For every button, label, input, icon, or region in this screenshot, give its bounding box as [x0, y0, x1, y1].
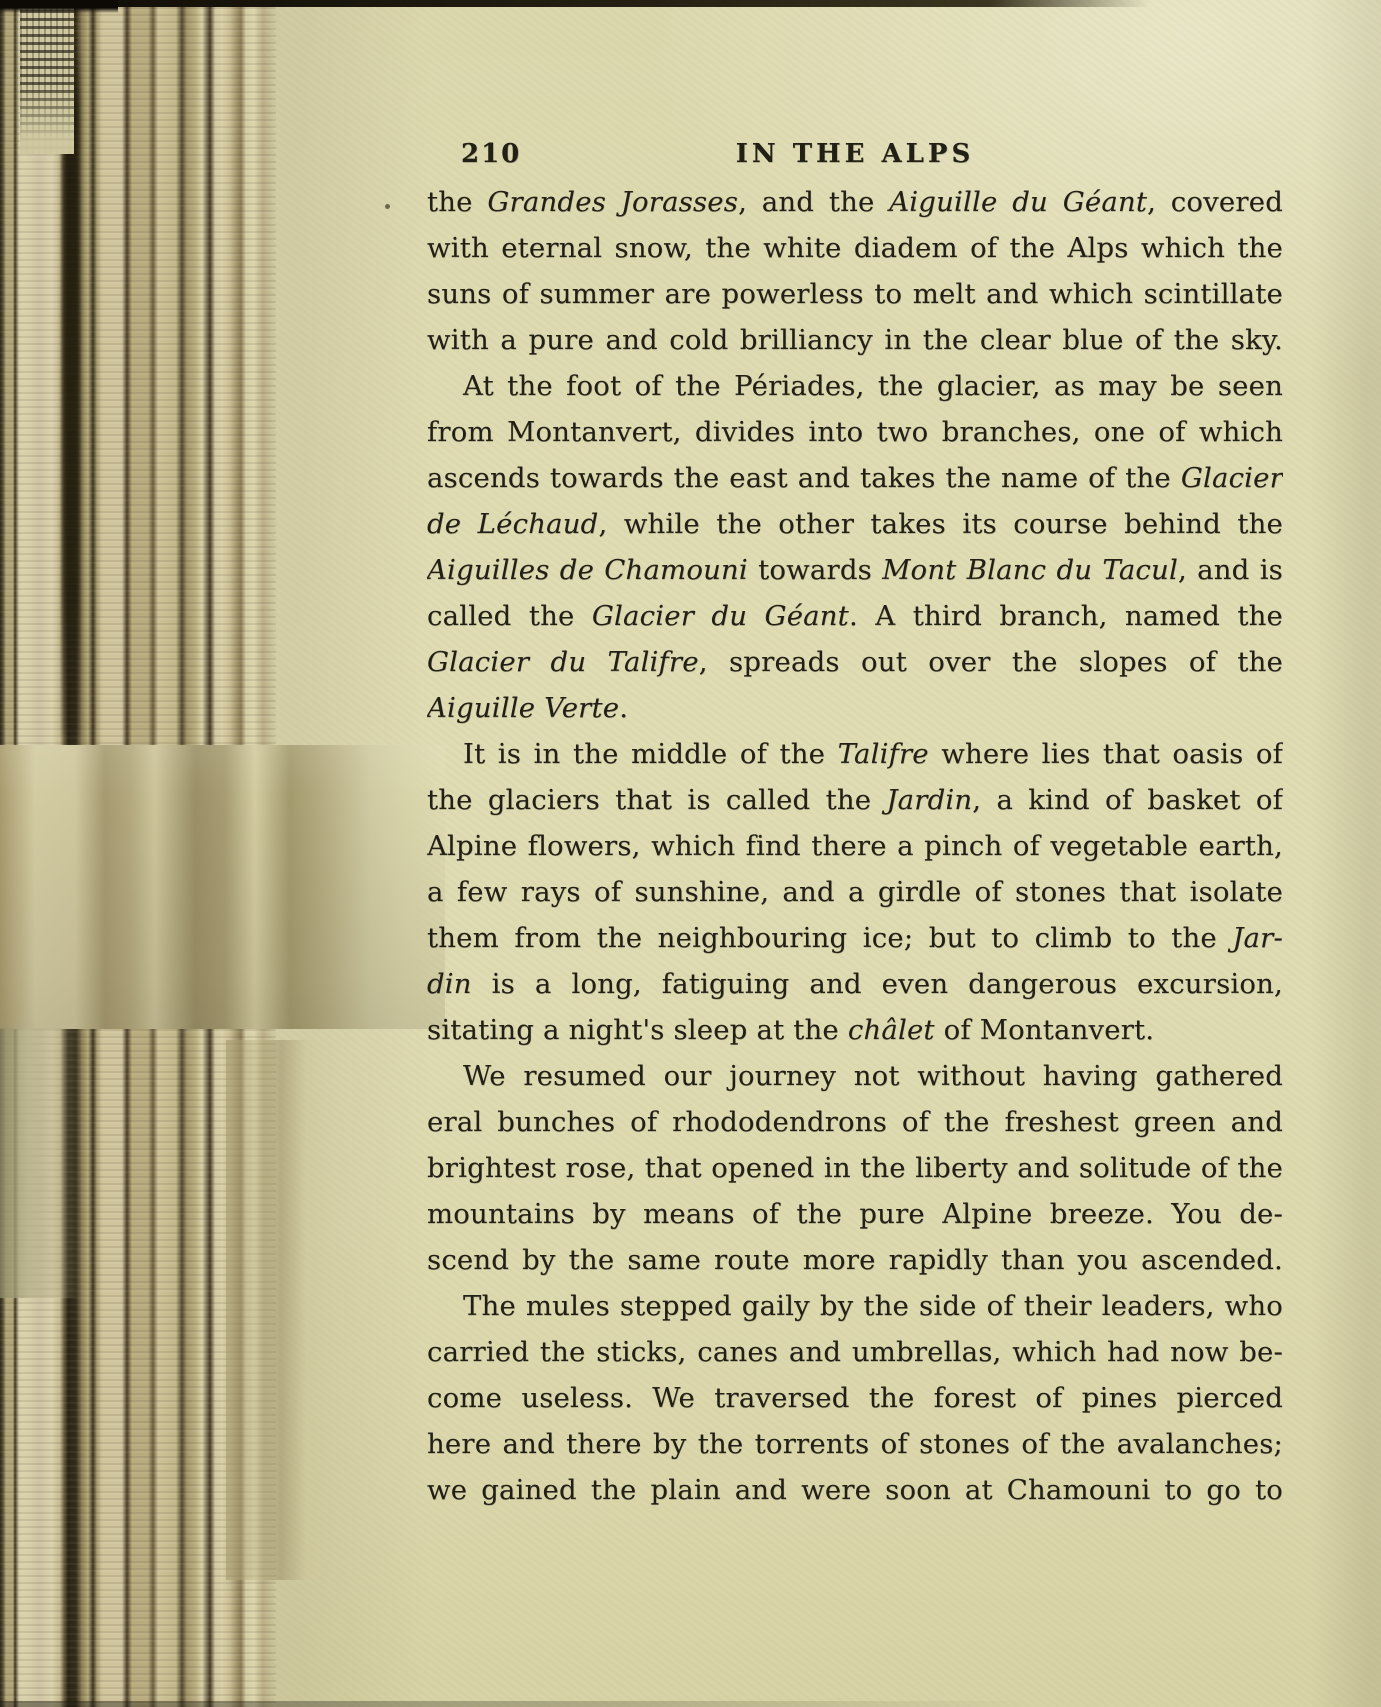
page-header: 210 IN THE ALPS [427, 139, 1283, 179]
text-line: It is in the middle of the Talifre where… [427, 731, 1283, 777]
text-line: mountains by means of the pure Alpine br… [427, 1191, 1283, 1237]
text-line: we gained the plain and were soon at Cha… [427, 1467, 1283, 1513]
text-line: The mules stepped gaily by the side of t… [427, 1283, 1283, 1329]
text-line: de Léchaud, while the other takes its co… [427, 501, 1283, 547]
text-line: brightest rose, that opened in the liber… [427, 1145, 1283, 1191]
text-line: carried the sticks, canes and umbrellas,… [427, 1329, 1283, 1375]
text-line: At the foot of the Périades, the glacier… [427, 363, 1283, 409]
text-line: here and there by the torrents of stones… [427, 1421, 1283, 1467]
text-line: Alpine flowers, which find there a pinch… [427, 823, 1283, 869]
text-line: with a pure and cold brilliancy in the c… [427, 317, 1283, 363]
text-line: suns of summer are powerless to melt and… [427, 271, 1283, 317]
text-line: called the Glacier du Géant. A third bra… [427, 593, 1283, 639]
page-edges-bulge [226, 1040, 336, 1580]
text-line: the Grandes Jorasses, and the Aiguille d… [427, 179, 1283, 225]
text-line: ascends towards the east and takes the n… [427, 455, 1283, 501]
page-text: the Grandes Jorasses, and the Aiguille d… [427, 179, 1283, 1513]
book-board-top-corner [0, 0, 118, 13]
text-line: them from the neighbouring ice; but to c… [427, 915, 1283, 961]
text-line: din is a long, fatiguing and even danger… [427, 961, 1283, 1007]
scan-smear-band [0, 745, 445, 1029]
text-line: come useless. We traversed the forest of… [427, 1375, 1283, 1421]
text-line: Aiguilles de Chamouni towards Mont Blanc… [427, 547, 1283, 593]
running-title: IN THE ALPS [427, 139, 1283, 169]
text-line: a few rays of sunshine, and a girdle of … [427, 869, 1283, 915]
book-bottom-shadow [0, 1701, 1381, 1707]
scan-smear-band-small [0, 1028, 80, 1298]
text-line: with eternal snow, the white diadem of t… [427, 225, 1283, 271]
text-line: the glaciers that is called the Jardin, … [427, 777, 1283, 823]
text-line: sitating a night's sleep at the châlet o… [427, 1007, 1283, 1053]
text-line: scend by the same route more rapidly tha… [427, 1237, 1283, 1283]
corner-page-edges [20, 2, 74, 154]
book-board-top-edge [0, 0, 1150, 7]
text-line: eral bunches of rhododendrons of the fre… [427, 1099, 1283, 1145]
text-line: Aiguille Verte. [427, 685, 1283, 731]
text-line: We resumed our journey not without havin… [427, 1053, 1283, 1099]
text-line: Glacier du Talifre, spreads out over the… [427, 639, 1283, 685]
text-line: from Montanvert, divides into two branch… [427, 409, 1283, 455]
print-speck [385, 204, 390, 209]
book-page-scan: 210 IN THE ALPS the Grandes Jorasses, an… [0, 0, 1381, 1707]
